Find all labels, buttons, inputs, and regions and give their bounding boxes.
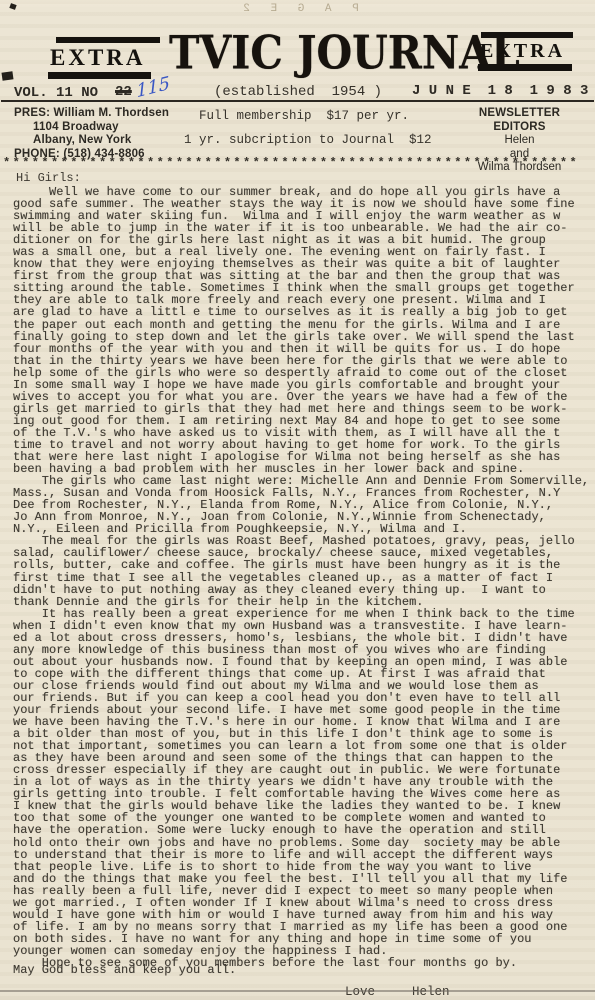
bleed-through-page-label: P A G E 2: [0, 3, 595, 15]
president-city: Albany, New York: [14, 134, 169, 148]
masthead-rule: [1, 100, 594, 102]
typed-line: It has really been a great experience fo…: [13, 608, 595, 620]
valediction: Love: [345, 985, 375, 999]
masthead-row: VOL. 11 NO 22 115 (established 1954 ) J …: [0, 83, 595, 101]
banner-bar: [48, 72, 151, 79]
typed-line: we got married., I often wonder If I kne…: [13, 897, 595, 909]
body-lines: Well we have come to our summer break, a…: [13, 186, 595, 957]
typed-line: the paper out each month and getting the…: [13, 319, 595, 331]
extra-banner-left: EXTRA: [48, 37, 160, 79]
editor-name-1: Helen: [452, 134, 587, 148]
president-street: 1104 Broadway: [14, 121, 169, 135]
typed-line: are glad to have a littl e time to ourse…: [13, 306, 595, 318]
typed-line: four months of the year with you and the…: [13, 343, 595, 355]
letter-body: Well we have come to our summer break, a…: [13, 186, 595, 999]
membership-fee: Full membership $17 per yr.: [199, 109, 409, 123]
typed-line: rolls, butter, cake and coffee. The girl…: [13, 559, 595, 571]
typed-line: that in the thirty years we have been he…: [13, 355, 595, 367]
typed-line: thank Dennie and the girls for their hel…: [13, 596, 595, 608]
typed-line: that people live. Life is to short to hi…: [13, 861, 595, 873]
typed-line: hold onto their own jobs and have no pro…: [13, 837, 595, 849]
typed-line: In some small way I hope we have made yo…: [13, 379, 595, 391]
typed-line: and do the things that make you feel the…: [13, 873, 595, 885]
asterisk-divider: ****************************************…: [3, 156, 595, 170]
volume-number-struck: 22: [115, 84, 132, 100]
editors-title: NEWSLETTER EDITORS: [452, 107, 587, 134]
extra-banner-right: EXTRA: [478, 32, 573, 71]
president-name: PRES: William M. Thordsen: [14, 107, 169, 121]
issue-date: J U N E 1 8 1 9 8 3: [412, 83, 588, 99]
volume-label: VOL. 11 NO: [14, 85, 98, 101]
page-title: TVIC JOURNAL: [169, 27, 520, 80]
typed-line: finally going to step down and let the g…: [13, 331, 595, 343]
president-block: PRES: William M. Thordsen 1104 Broadway …: [14, 107, 169, 161]
typed-line: have the operation. Some were lucky enou…: [13, 824, 595, 836]
typed-line: has really been a full life, never did I…: [13, 885, 595, 897]
typed-line: to understand that their is more to life…: [13, 849, 595, 861]
scan-edge-line: [0, 990, 595, 992]
signature-name: Helen: [412, 985, 450, 999]
signature-row: Love Helen: [13, 985, 595, 999]
letterhead: PRES: William M. Thordsen 1104 Broadway …: [0, 105, 595, 157]
typed-line: when I didn't even know that my own Husb…: [13, 620, 595, 632]
salutation: Hi Girls:: [16, 171, 81, 185]
extra-label: EXTRA: [478, 38, 573, 63]
banner-bar: [478, 64, 572, 71]
newsletter-page: P A G E 2 EXTRA TVIC JOURNAL EXTRA VOL. …: [0, 0, 595, 1000]
typed-line: help some of the girls who were so despe…: [13, 367, 595, 379]
subscription-fee: 1 yr. subcription to Journal $12: [184, 133, 432, 147]
ink-speck: [1, 71, 13, 80]
typed-line: ed a lot about cross dressers, homo's, l…: [13, 632, 595, 644]
extra-label: EXTRA: [48, 43, 160, 71]
established-label: (established 1954 ): [214, 84, 382, 100]
typed-line: didn't have to put nothing away as they …: [13, 584, 595, 596]
typed-line: first time that I see all the vegetables…: [13, 572, 595, 584]
